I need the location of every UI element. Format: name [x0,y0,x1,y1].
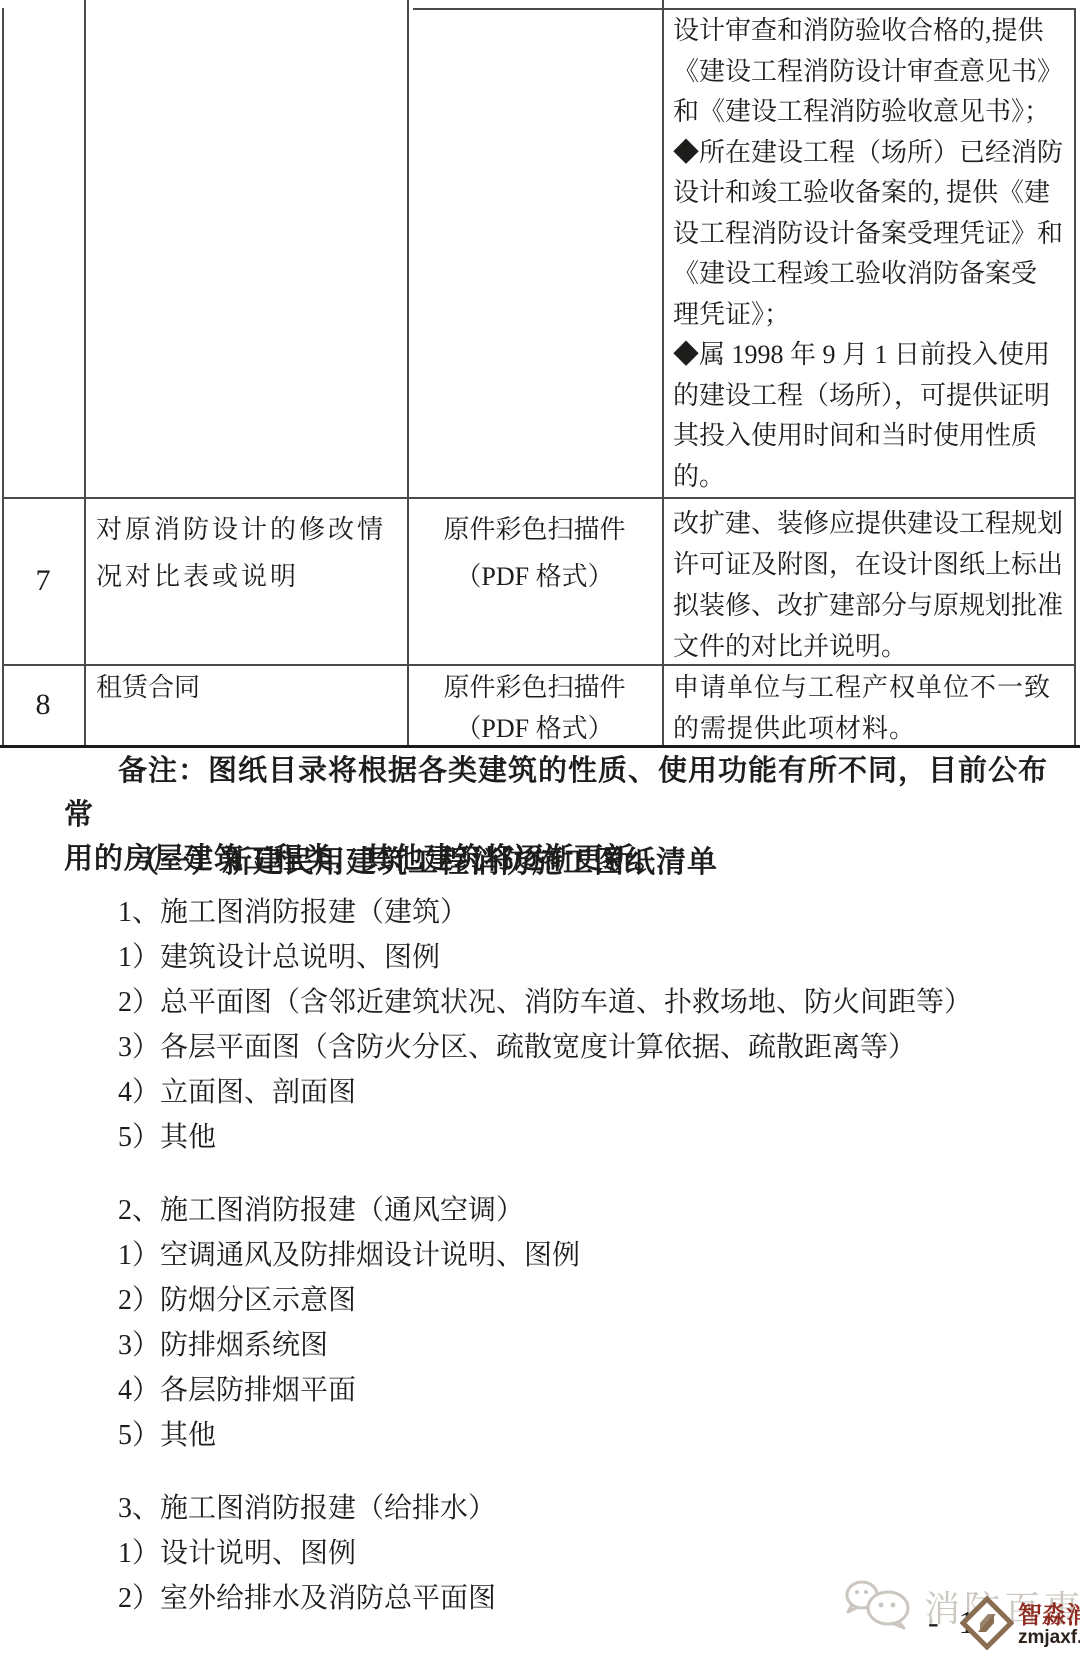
list-item: 1）设计说明、图例 [118,1531,972,1576]
table-gridline [407,0,409,748]
table-cell-row8-notes: 申请单位与工程产权单位不一致 的需提供此项材料。 [673,667,1073,749]
chat-bubbles-watermark-icon [838,1578,916,1635]
table-cell-row7-name: 对原消防设计的修改情 况对比表或说明 [96,506,398,600]
drawing-lists: 1、施工图消防报建（建筑） 1）建筑设计总说明、图例 2）总平面图（含邻近建筑状… [118,890,972,1621]
list-item: 1）空调通风及防排烟设计说明、图例 [118,1233,972,1278]
table-gridline [662,0,664,748]
list-item: 4）立面图、剖面图 [118,1070,972,1115]
table-row7-number: 7 [2,497,84,664]
table-gridline [2,497,1076,499]
list-group-architecture: 1、施工图消防报建（建筑） 1）建筑设计总说明、图例 2）总平面图（含邻近建筑状… [118,890,972,1160]
group-title: 2、施工图消防报建（通风空调） [118,1188,972,1233]
list-item: 2）防烟分区示意图 [118,1278,972,1323]
table-cell-row7-notes: 改扩建、装修应提供建设工程规划 许可证及附图，在设计图纸上标出 拟装修、改扩建部… [673,503,1073,667]
list-item: 5）其他 [118,1115,972,1160]
list-item: 5）其他 [118,1413,972,1458]
section-heading: （一）新建民用建筑工程消防施工图纸清单 [129,840,718,886]
logo-company-name: 智淼消防 [1018,1603,1080,1628]
diamond-logo-icon [960,1596,1014,1655]
list-item: 2）总平面图（含邻近建筑状况、消防车道、扑救场地、防火间距等） [118,980,972,1025]
table-cell-row7-format: 原件彩色扫描件 （PDF 格式） [407,506,662,600]
table-row8-number: 8 [2,664,84,745]
table-cell-row8-name: 租赁合同 [96,667,398,708]
list-item: 3）防排烟系统图 [118,1323,972,1368]
table-gridline [413,8,1076,10]
list-group-hvac: 2、施工图消防报建（通风空调） 1）空调通风及防排烟设计说明、图例 2）防烟分区… [118,1188,972,1458]
logo-text-block: 智淼消防 zmjaxf.com [1018,1603,1080,1648]
list-item: 3）各层平面图（含防火分区、疏散宽度计算依据、疏散距离等） [118,1025,972,1070]
table-cell-row8-format: 原件彩色扫描件 （PDF 格式） [407,667,662,749]
table-gridline [1074,8,1076,748]
group-title: 1、施工图消防报建（建筑） [118,890,972,935]
list-item: 4）各层防排烟平面 [118,1368,972,1413]
zhimiao-logo: 智淼消防 zmjaxf.com [960,1596,1080,1655]
table-cell-continuation-notes: 设计审查和消防验收合格的,提供 《建设工程消防设计审查意见书》 和《建设工程消防… [673,11,1069,497]
table-gridline [84,0,86,748]
scanned-document-page: 设计审查和消防验收合格的,提供 《建设工程消防设计审查意见书》 和《建设工程消防… [0,0,1080,1658]
list-item: 1）建筑设计总说明、图例 [118,935,972,980]
group-title: 3、施工图消防报建（给排水） [118,1486,972,1531]
logo-website: zmjaxf.com [1018,1628,1080,1648]
